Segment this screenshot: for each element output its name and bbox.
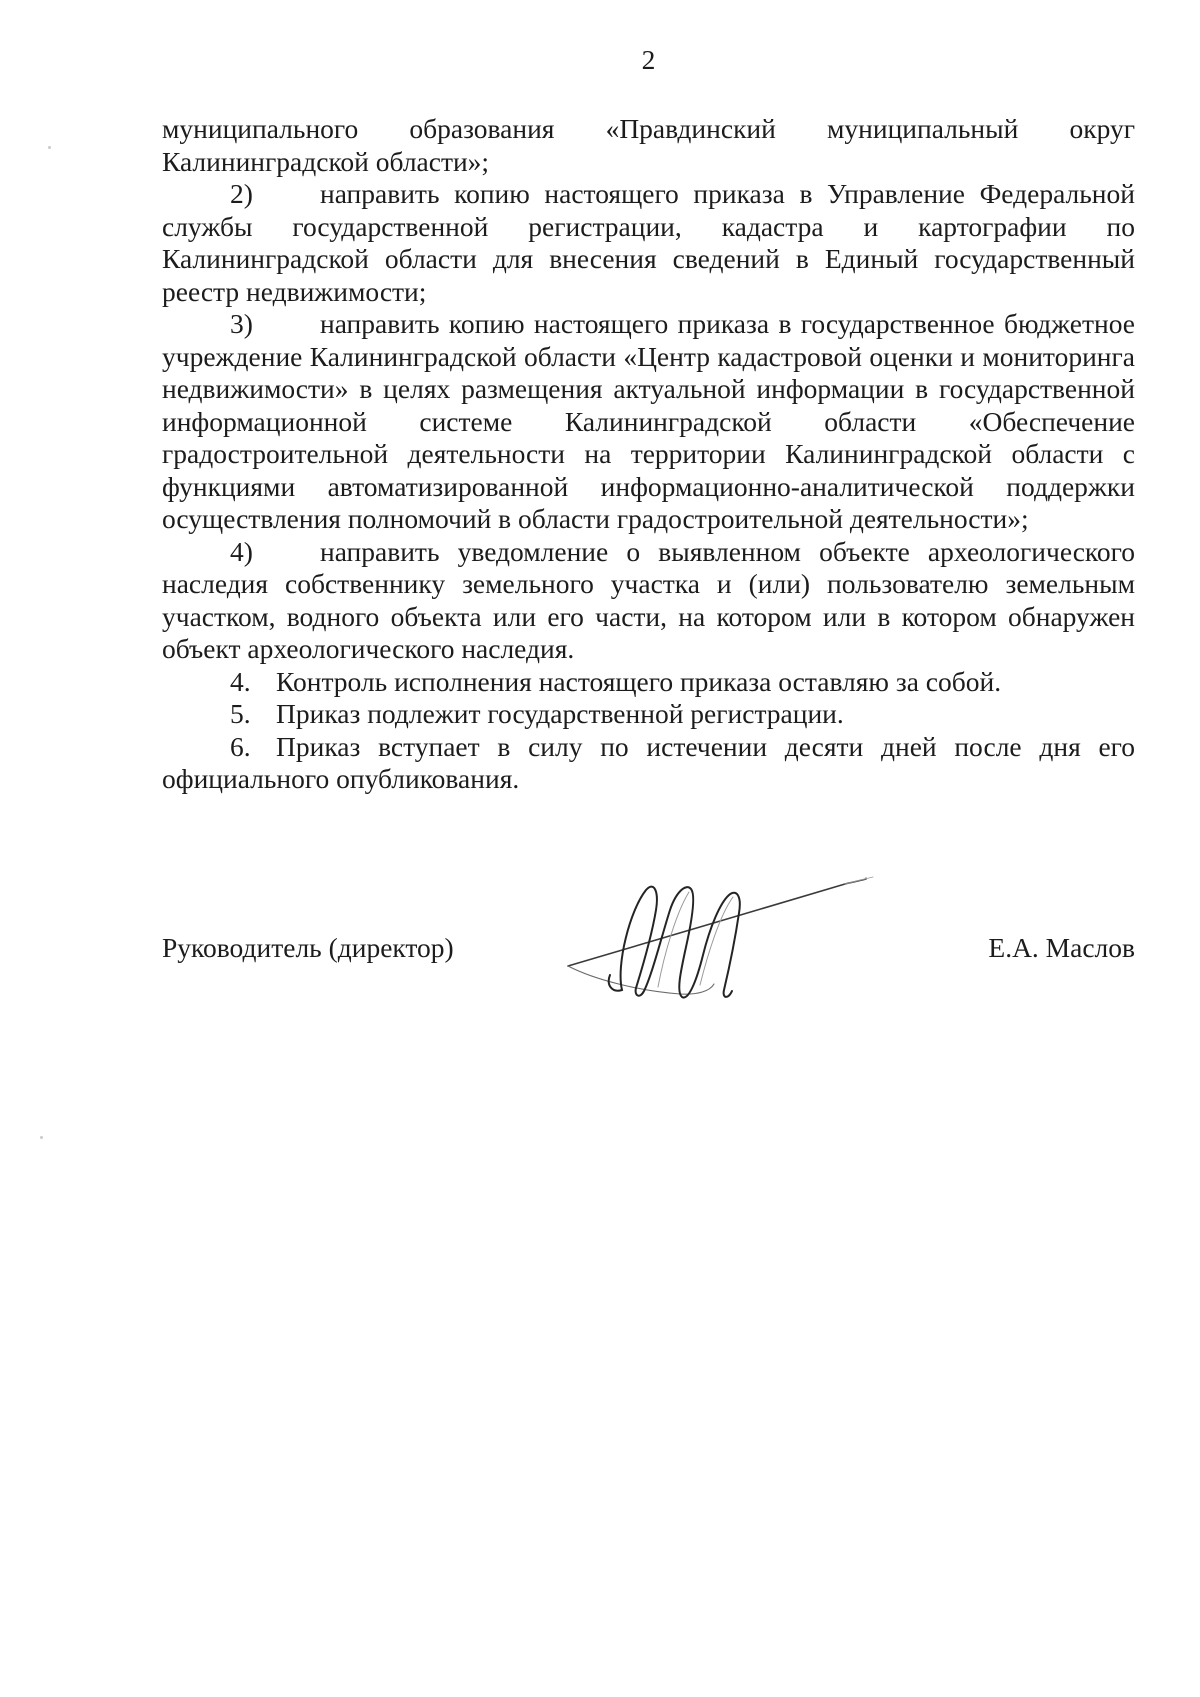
paragraph-item-p5: 5.Приказ подлежит государственной регист… bbox=[162, 698, 1135, 731]
signature-block: Руководитель (директор) Е.А. Маслов bbox=[162, 932, 1135, 965]
paragraph-item-p4: 4.Контроль исполнения настоящего приказа… bbox=[162, 666, 1135, 699]
paragraph-text: Приказ подлежит государственной регистра… bbox=[276, 698, 844, 729]
page-number: 2 bbox=[162, 44, 1135, 76]
paragraph-continuation: муниципального образования «Правдинский … bbox=[162, 113, 1135, 178]
list-marker: 2) bbox=[230, 178, 320, 211]
paragraph-item-p6: 6.Приказ вступает в силу по истечении де… bbox=[162, 731, 1135, 796]
list-marker: 4) bbox=[230, 536, 320, 569]
list-marker: 4. bbox=[230, 666, 276, 699]
list-marker: 6. bbox=[230, 731, 276, 764]
signer-name: Е.А. Маслов bbox=[988, 932, 1135, 965]
document-body: муниципального образования «Правдинский … bbox=[162, 113, 1135, 796]
paragraph-item-2: 2)направить копию настоящего приказа в У… bbox=[162, 178, 1135, 308]
paragraph-text: Контроль исполнения настоящего приказа о… bbox=[276, 666, 1001, 697]
paragraph-text: Приказ вступает в силу по истечении деся… bbox=[162, 731, 1135, 795]
scan-speck bbox=[40, 1136, 43, 1139]
paragraph-text: направить копию настоящего приказа в гос… bbox=[162, 308, 1135, 534]
list-marker: 5. bbox=[230, 698, 276, 731]
document-page: 2 муниципального образования «Правдински… bbox=[0, 0, 1200, 1697]
paragraph-item-4: 4)направить уведомление о выявленном объ… bbox=[162, 536, 1135, 666]
list-marker: 3) bbox=[230, 308, 320, 341]
paragraph-text: муниципального образования «Правдинский … bbox=[162, 113, 1135, 177]
paragraph-item-3: 3)направить копию настоящего приказа в г… bbox=[162, 308, 1135, 536]
scan-speck bbox=[48, 146, 51, 149]
signer-position: Руководитель (директор) bbox=[162, 932, 454, 965]
